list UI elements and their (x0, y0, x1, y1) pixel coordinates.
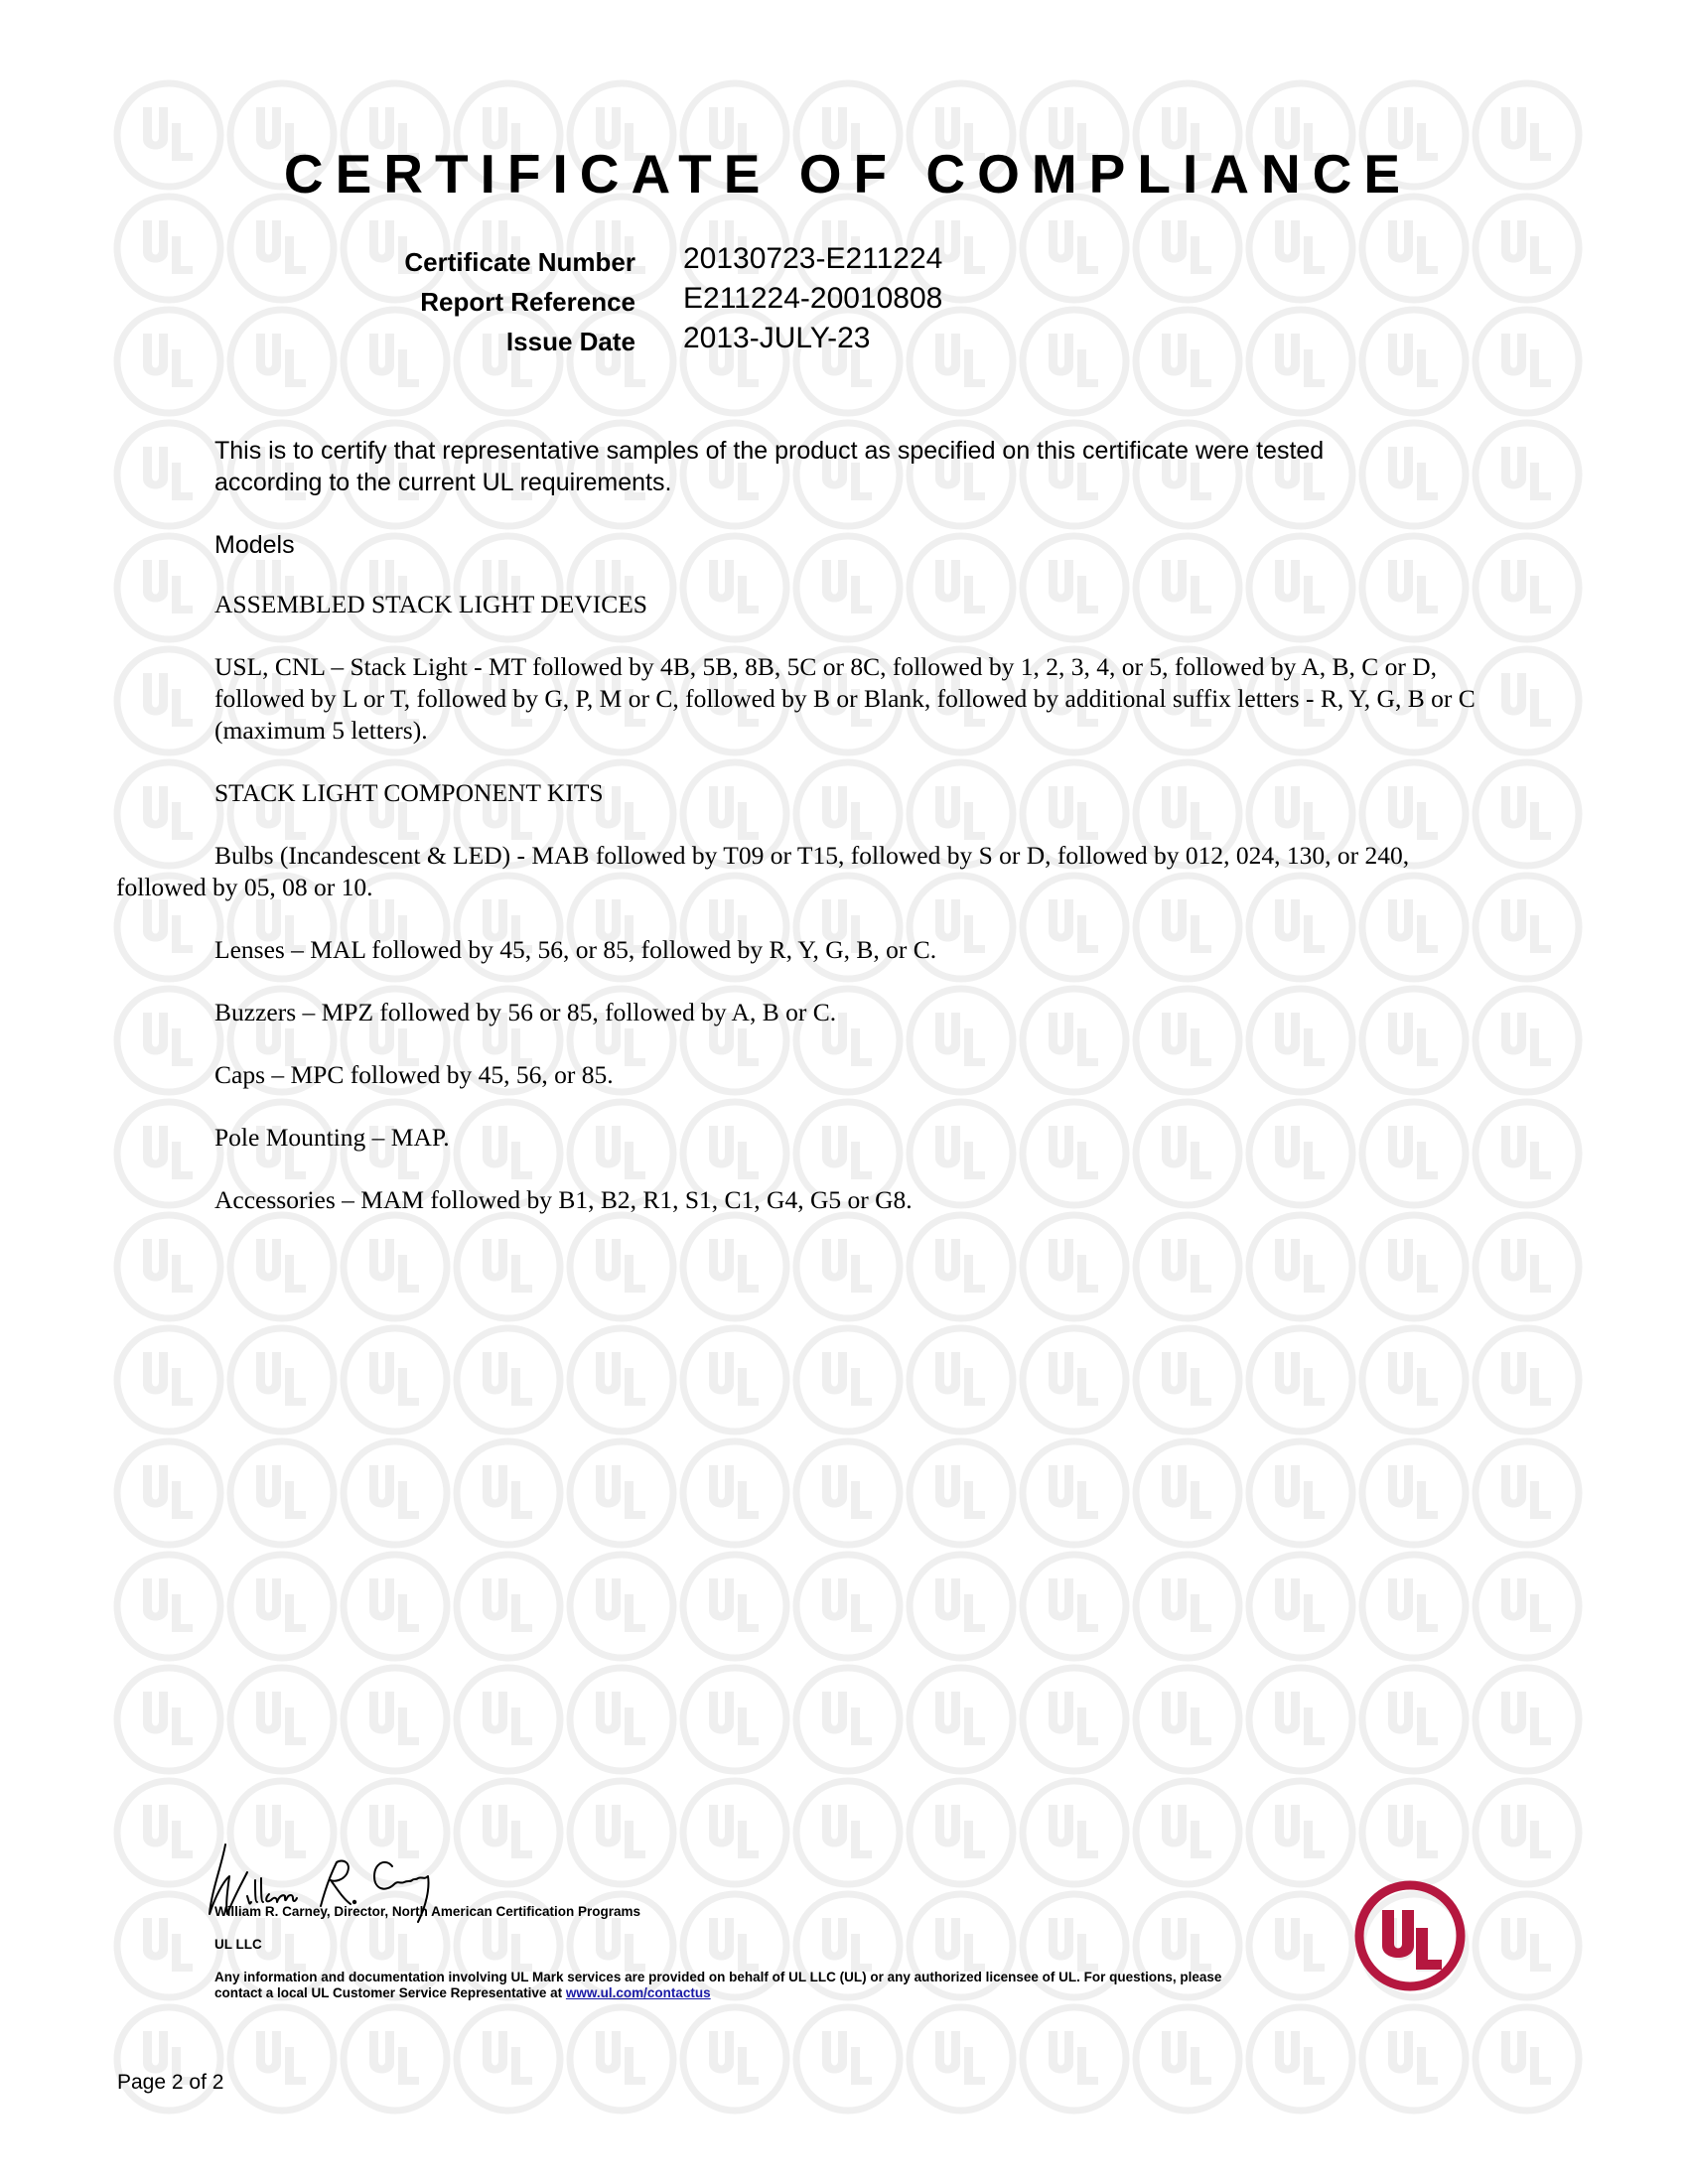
issue-date-value: 2013-JULY-23 (683, 319, 870, 358)
model-line: (maximum 5 letters). (214, 715, 428, 747)
models-label: Models (214, 529, 295, 561)
disclaimer-text: contact a local UL Customer Service Repr… (214, 1985, 566, 2000)
ul-watermark-mark (1476, 1102, 1579, 1205)
certificate-title: CERTIFICATE OF COMPLIANCE (0, 144, 1688, 204)
section-heading-assembled: ASSEMBLED STACK LIGHT DEVICES (214, 589, 647, 620)
ul-watermark-mark (1023, 536, 1126, 639)
ul-logo-icon (1350, 1876, 1470, 1995)
ul-watermark-mark (1249, 989, 1352, 1092)
model-line: followed by L or T, followed by G, P, M … (214, 683, 1476, 715)
meta-label: Issue Date (506, 322, 635, 361)
component-accessories: Accessories – MAM followed by B1, B2, R1… (214, 1184, 913, 1216)
ul-watermark-mark (457, 1781, 560, 1884)
meta-label: Report Reference (420, 282, 635, 322)
ul-watermark-mark (117, 989, 220, 1092)
bulbs-line: Bulbs (Incandescent & LED) - MAB followe… (214, 840, 1409, 872)
ul-watermark-mark (1476, 1668, 1579, 1771)
ul-watermark-mark (683, 1328, 786, 1432)
ul-watermark-mark (1023, 989, 1126, 1092)
organization-name: UL LLC (214, 1937, 262, 1952)
ul-watermark-mark (344, 1668, 447, 1771)
ul-watermark-mark (1249, 1555, 1352, 1658)
ul-watermark-mark (1362, 1328, 1466, 1432)
ul-watermark-mark (117, 762, 220, 866)
statement-line: This is to certify that representative s… (214, 435, 1505, 467)
ul-watermark-mark (796, 1555, 900, 1658)
ul-watermark-mark (1136, 876, 1239, 979)
ul-watermark-mark (1136, 2007, 1239, 2111)
ul-watermark-mark (457, 1441, 560, 1545)
ul-watermark-mark (910, 1441, 1013, 1545)
ul-watermark-mark (1023, 1215, 1126, 1318)
meta-label: Certificate Number (404, 242, 635, 282)
ul-watermark-mark (117, 1555, 220, 1658)
ul-watermark-mark (344, 1555, 447, 1658)
disclaimer-line: contact a local UL Customer Service Repr… (214, 1985, 1221, 2001)
ul-watermark-mark (230, 1555, 334, 1658)
ul-watermark-mark (570, 1668, 673, 1771)
ul-watermark-mark (1476, 649, 1579, 752)
contact-us-link[interactable]: www.ul.com/contactus (566, 1985, 711, 2000)
ul-watermark-mark (1249, 1102, 1352, 1205)
ul-watermark-mark (117, 536, 220, 639)
ul-watermark-mark (230, 1328, 334, 1432)
ul-watermark-mark (683, 2007, 786, 2111)
ul-watermark-mark (117, 649, 220, 752)
ul-watermark-mark (1476, 2007, 1579, 2111)
ul-watermark-mark (230, 1441, 334, 1545)
report-reference-value: E211224-20010808 (683, 279, 942, 319)
ul-watermark-mark (457, 1328, 560, 1432)
ul-watermark-mark (910, 1328, 1013, 1432)
ul-watermark-mark (1476, 1215, 1579, 1318)
ul-watermark-mark (117, 423, 220, 526)
ul-watermark-mark (1476, 989, 1579, 1092)
disclaimer: Any information and documentation involv… (214, 1970, 1221, 2001)
ul-watermark-mark (570, 1328, 673, 1432)
ul-watermark-mark (1249, 1668, 1352, 1771)
ul-watermark-mark (117, 1102, 220, 1205)
ul-watermark-mark (1136, 1102, 1239, 1205)
ul-watermark-mark (910, 1102, 1013, 1205)
certificate-number-value: 20130723-E211224 (683, 239, 942, 279)
ul-watermark-mark (1136, 1441, 1239, 1545)
ul-watermark-mark (457, 2007, 560, 2111)
ul-watermark-mark (796, 1328, 900, 1432)
ul-watermark-mark (1249, 2007, 1352, 2111)
ul-watermark-mark (344, 1441, 447, 1545)
ul-watermark-mark (570, 2007, 673, 2111)
ul-watermark-mark (1249, 876, 1352, 979)
ul-watermark-mark (796, 1781, 900, 1884)
ul-watermark-mark (457, 1215, 560, 1318)
ul-watermark-mark (796, 2007, 900, 2111)
section-heading-kits: STACK LIGHT COMPONENT KITS (214, 777, 604, 809)
ul-watermark-mark (117, 1328, 220, 1432)
ul-watermark-mark (1362, 536, 1466, 639)
ul-watermark-mark (910, 2007, 1013, 2111)
ul-watermark-mark (683, 1668, 786, 1771)
component-caps: Caps – MPC followed by 45, 56, or 85. (214, 1059, 614, 1091)
ul-watermark-mark (683, 1781, 786, 1884)
ul-watermark-mark (1362, 876, 1466, 979)
ul-watermark-mark (796, 1215, 900, 1318)
ul-watermark-mark (1249, 1328, 1352, 1432)
ul-watermark-mark (1023, 1555, 1126, 1658)
component-buzzers: Buzzers – MPZ followed by 56 or 85, foll… (214, 997, 836, 1028)
ul-watermark-mark (1023, 2007, 1126, 2111)
ul-watermark-mark (1023, 1102, 1126, 1205)
ul-watermark-mark (1023, 1781, 1126, 1884)
ul-watermark-mark (344, 2007, 447, 2111)
component-lenses: Lenses – MAL followed by 45, 56, or 85, … (214, 934, 936, 966)
ul-watermark-mark (1362, 1215, 1466, 1318)
ul-watermark-mark (1023, 1328, 1126, 1432)
ul-watermark-mark (1136, 1668, 1239, 1771)
ul-watermark-mark (1476, 1781, 1579, 1884)
ul-watermark-mark (796, 1441, 900, 1545)
ul-watermark-mark (344, 536, 447, 639)
ul-watermark-mark (117, 1668, 220, 1771)
certification-statement: This is to certify that representative s… (214, 435, 1505, 498)
ul-watermark-mark (1476, 876, 1579, 979)
ul-watermark-mark (344, 1328, 447, 1432)
model-line: USL, CNL – Stack Light - MT followed by … (214, 651, 1437, 683)
ul-watermark-mark (117, 1441, 220, 1545)
component-pole-mounting: Pole Mounting – MAP. (214, 1122, 450, 1154)
ul-watermark-mark (230, 2007, 334, 2111)
ul-watermark-mark (1476, 536, 1579, 639)
ul-watermark-mark (1362, 1555, 1466, 1658)
ul-watermark-mark (1023, 1441, 1126, 1545)
ul-watermark-mark (1023, 876, 1126, 979)
ul-watermark-mark (683, 1555, 786, 1658)
ul-watermark-mark (570, 1441, 673, 1545)
ul-watermark-mark (1362, 989, 1466, 1092)
ul-watermark-mark (910, 989, 1013, 1092)
bulbs-line: followed by 05, 08 or 10. (116, 872, 373, 903)
ul-watermark-mark (117, 1215, 220, 1318)
ul-watermark-mark (1362, 1781, 1466, 1884)
meta-row-certificate-number: Certificate Number 20130723-E211224 (0, 242, 1688, 282)
ul-watermark-mark (683, 536, 786, 639)
ul-watermark-mark (1476, 1894, 1579, 1997)
ul-watermark-mark (1249, 536, 1352, 639)
disclaimer-line: Any information and documentation involv… (214, 1970, 1221, 1985)
ul-watermark-mark (1136, 536, 1239, 639)
ul-watermark-mark (910, 1555, 1013, 1658)
ul-watermark-mark (910, 1781, 1013, 1884)
ul-watermark-mark (1362, 1102, 1466, 1205)
ul-watermark-mark (457, 1668, 560, 1771)
ul-watermark-mark (1362, 1668, 1466, 1771)
ul-watermark-mark (1249, 1781, 1352, 1884)
ul-watermark-mark (570, 1781, 673, 1884)
ul-watermark-mark (570, 1215, 673, 1318)
ul-watermark-mark (1476, 762, 1579, 866)
ul-watermark-mark (1136, 989, 1239, 1092)
ul-watermark-mark (1249, 1441, 1352, 1545)
ul-watermark-mark (1136, 1215, 1239, 1318)
ul-watermark-mark (796, 1668, 900, 1771)
ul-watermark-mark (1476, 1441, 1579, 1545)
certificate-page: CERTIFICATE OF COMPLIANCE Certificate Nu… (0, 0, 1688, 2184)
ul-watermark-mark (1249, 1894, 1352, 1997)
signer-name-title: William R. Carney, Director, North Ameri… (214, 1904, 640, 1919)
ul-watermark-mark (683, 1441, 786, 1545)
ul-watermark-mark (1023, 1668, 1126, 1771)
certificate-meta: Certificate Number 20130723-E211224 Repo… (0, 242, 1688, 361)
page-number: Page 2 of 2 (117, 2070, 223, 2096)
ul-watermark-mark (1136, 1555, 1239, 1658)
ul-watermark-mark (796, 536, 900, 639)
ul-watermark-mark (230, 1668, 334, 1771)
ul-watermark-mark (1136, 1328, 1239, 1432)
ul-watermark-mark (683, 1215, 786, 1318)
ul-watermark-mark (910, 1215, 1013, 1318)
meta-row-issue-date: Issue Date 2013-JULY-23 (0, 322, 1688, 361)
ul-watermark-mark (457, 1555, 560, 1658)
ul-watermark-mark (344, 1215, 447, 1318)
ul-watermark-mark (1476, 1328, 1579, 1432)
ul-watermark-mark (910, 536, 1013, 639)
meta-row-report-reference: Report Reference E211224-20010808 (0, 282, 1688, 322)
ul-watermark-mark (570, 536, 673, 639)
ul-watermark-mark (1136, 1781, 1239, 1884)
ul-watermark-mark (570, 1555, 673, 1658)
ul-watermark-mark (1476, 1555, 1579, 1658)
ul-watermark-mark (457, 536, 560, 639)
ul-watermark-mark (1362, 2007, 1466, 2111)
ul-watermark-mark (230, 1215, 334, 1318)
ul-watermark-mark (1249, 1215, 1352, 1318)
ul-watermark-mark (1362, 1441, 1466, 1545)
ul-watermark-mark (910, 1668, 1013, 1771)
statement-line: according to the current UL requirements… (214, 467, 1505, 498)
